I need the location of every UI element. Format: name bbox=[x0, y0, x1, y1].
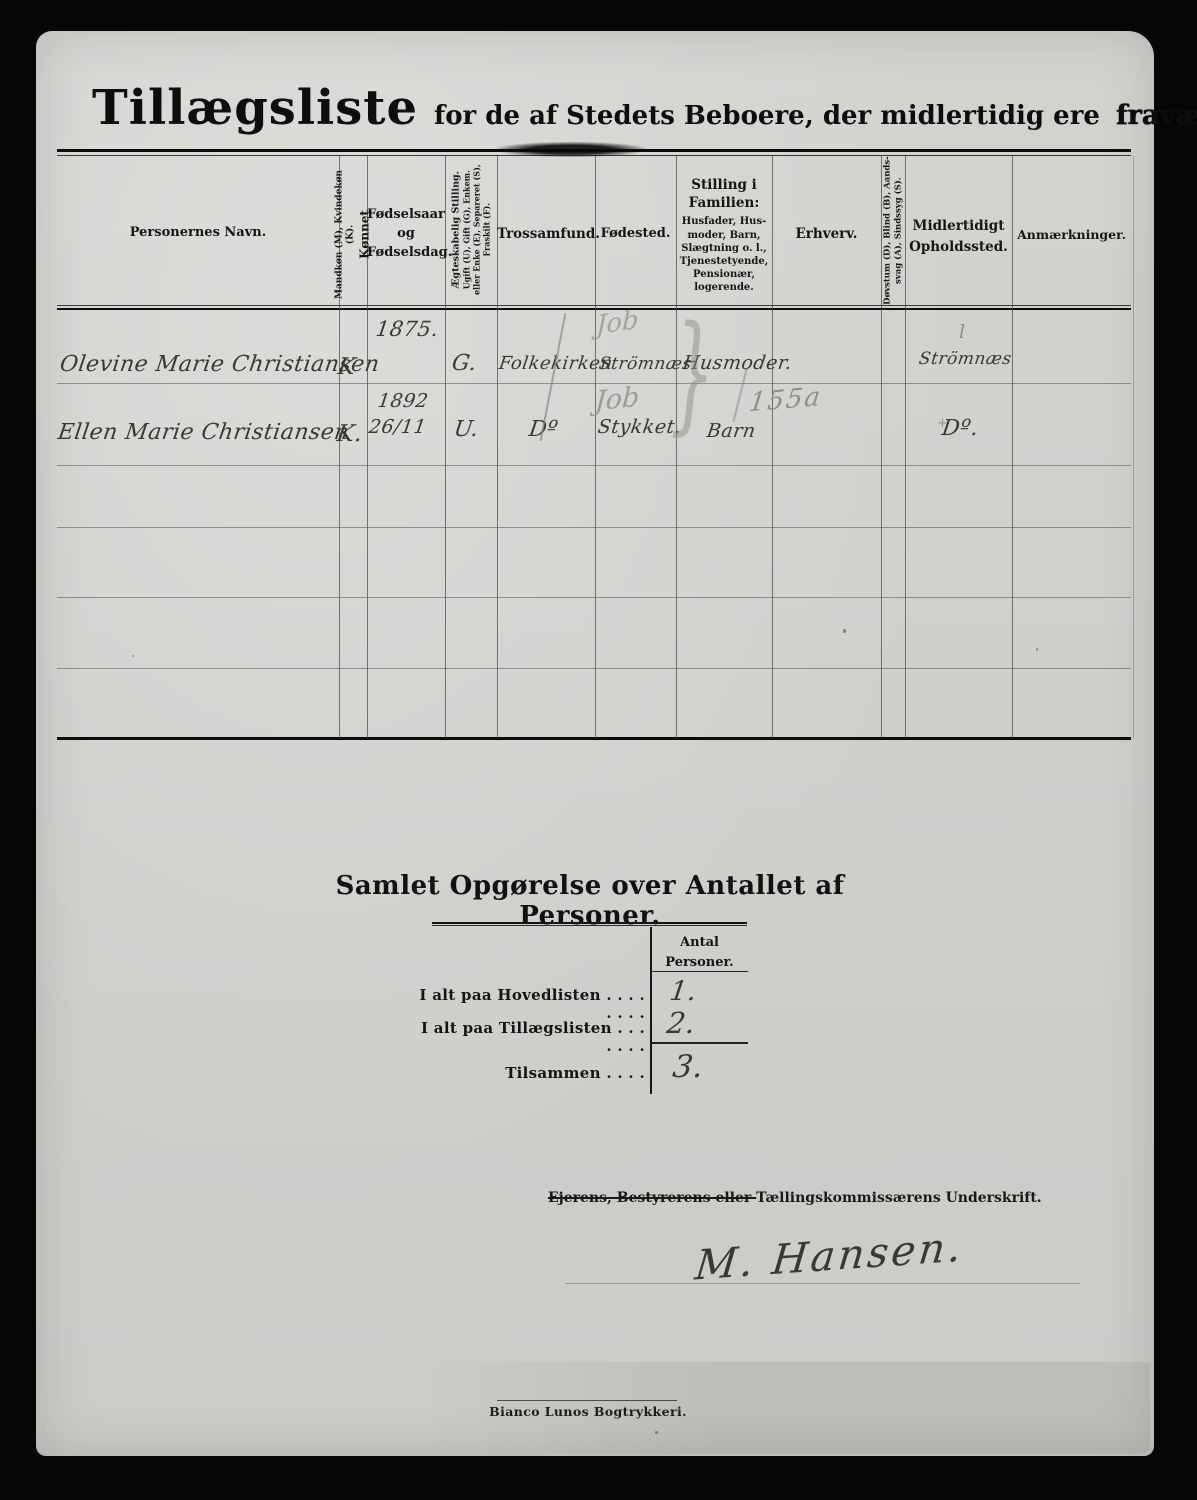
summary-total-rule bbox=[651, 1042, 748, 1044]
row1-birth-year: 1875. bbox=[374, 317, 440, 341]
column-divider bbox=[445, 156, 446, 738]
signature-label-active: Tællingskommissærens Underskrift. bbox=[756, 1190, 1042, 1206]
header-aegteskabelig-title: Ægteskabelig Stilling. bbox=[450, 155, 461, 305]
ink-smudge bbox=[497, 142, 645, 157]
row-divider bbox=[57, 383, 1131, 384]
table-right-border bbox=[1133, 156, 1134, 738]
pencil-tick-row2: + bbox=[937, 416, 948, 431]
row-divider bbox=[57, 668, 1131, 669]
header-koennet: Mandkøn (M), Kvindekøn (K). Kønnet bbox=[335, 159, 372, 309]
header-bottom-rule-thick bbox=[57, 308, 1131, 310]
scan-speck bbox=[843, 629, 846, 633]
header-bottom-rule-thin bbox=[57, 305, 1131, 306]
scanned-census-page: Tillægsliste for de af Stedets Beboere, … bbox=[0, 0, 1197, 1500]
summary-value-tillaegslisten: 2. bbox=[665, 1006, 698, 1040]
scan-speck bbox=[1036, 648, 1038, 651]
table-bottom-rule bbox=[57, 737, 1131, 740]
row2-birth-day: 26/11 bbox=[367, 416, 427, 438]
form-title-rest: for de af Stedets Beboere, der midlertid… bbox=[434, 101, 1100, 131]
header-doevstum: Døvstum (D), Blind (B), Aands- svag (A),… bbox=[882, 156, 903, 306]
row2-marital-status: U. bbox=[452, 417, 480, 442]
summary-top-rule bbox=[432, 922, 747, 926]
pencil-brace: } bbox=[670, 310, 715, 438]
header-personernes-navn: Personernes Navn. bbox=[57, 224, 339, 243]
summary-value-tilsammen: 3. bbox=[670, 1049, 706, 1085]
summary-label-tilsammen: Tilsammen . . . . bbox=[415, 1064, 645, 1082]
pencil-scribble-1: Job bbox=[596, 305, 639, 341]
header-aegteskabelig-stilling: Ægteskabelig Stilling. Ugift (U), Gift (… bbox=[450, 155, 491, 305]
signature-line bbox=[565, 1283, 1080, 1284]
pencil-scribble-2: Job bbox=[594, 381, 640, 417]
header-koennet-sub: Mandkøn (M), Kvindekøn (K). bbox=[335, 159, 358, 309]
signature-label: Ejerens, Bestyrerens eller Tællingskommi… bbox=[548, 1190, 1042, 1206]
row2-birth-year: 1892 bbox=[376, 390, 429, 412]
header-stilling-i-familien: Stilling i Familien: Husfader, Hus- mode… bbox=[676, 176, 772, 295]
signature-label-struck: Ejerens, Bestyrerens eller bbox=[548, 1190, 756, 1206]
row2-sex: K. bbox=[335, 421, 364, 447]
row1-name: Olevine Marie Christiansen bbox=[58, 352, 381, 377]
header-stilling-sub: Husfader, Hus- moder, Barn, Slægtning o.… bbox=[676, 215, 772, 294]
form-title-main: Tillægsliste bbox=[92, 80, 418, 136]
header-doevstum-text: Døvstum (D), Blind (B), Aands- svag (A),… bbox=[882, 156, 903, 306]
header-trossamfund: Trossamfund. bbox=[497, 225, 595, 245]
row1-marital-status: G. bbox=[450, 351, 478, 376]
row-divider bbox=[57, 597, 1131, 598]
header-midlertidigt-opholdssted: Midlertidigt Opholdssted. bbox=[905, 216, 1012, 258]
summary-column-header: Antal Personer. bbox=[652, 933, 747, 972]
header-anmaerkninger: Anmærkninger. bbox=[1012, 226, 1131, 244]
pencil-tick-row1: l bbox=[959, 321, 965, 343]
row1-temporary-residence: Strömnæs bbox=[918, 349, 1013, 369]
row-divider bbox=[57, 465, 1131, 466]
summary-header-rule bbox=[651, 971, 748, 972]
form-title-emphasis: fraværende. bbox=[1116, 100, 1197, 131]
row2-name: Ellen Marie Christiansen bbox=[56, 420, 351, 445]
row1-sex: K bbox=[336, 354, 357, 380]
row-divider bbox=[57, 527, 1131, 528]
scan-speck bbox=[132, 655, 134, 657]
summary-label-hovedlisten: I alt paa Hovedlisten . . . . . . . . bbox=[415, 986, 645, 1022]
header-foedested: Fødested. bbox=[595, 225, 676, 244]
form-title: Tillægsliste for de af Stedets Beboere, … bbox=[92, 80, 1132, 136]
scan-speck bbox=[655, 1431, 658, 1434]
header-aegteskabelig-sub: Ugift (U), Gift (G), Enkem. eller Enke (… bbox=[462, 155, 492, 305]
printer-imprint: Bianco Lunos Bogtrykkeri. bbox=[452, 1404, 724, 1419]
header-erhverv: Erhverv. bbox=[772, 225, 881, 245]
summary-label-tillaegslisten: I alt paa Tillægslisten . . . . . . . bbox=[415, 1019, 645, 1055]
summary-value-hovedlisten: 1. bbox=[668, 976, 699, 1007]
imprint-rule bbox=[497, 1400, 677, 1401]
header-foedselsaar: Fødselsaar og Fødselsdag. bbox=[367, 206, 445, 263]
header-stilling-title: Stilling i Familien: bbox=[676, 176, 772, 212]
